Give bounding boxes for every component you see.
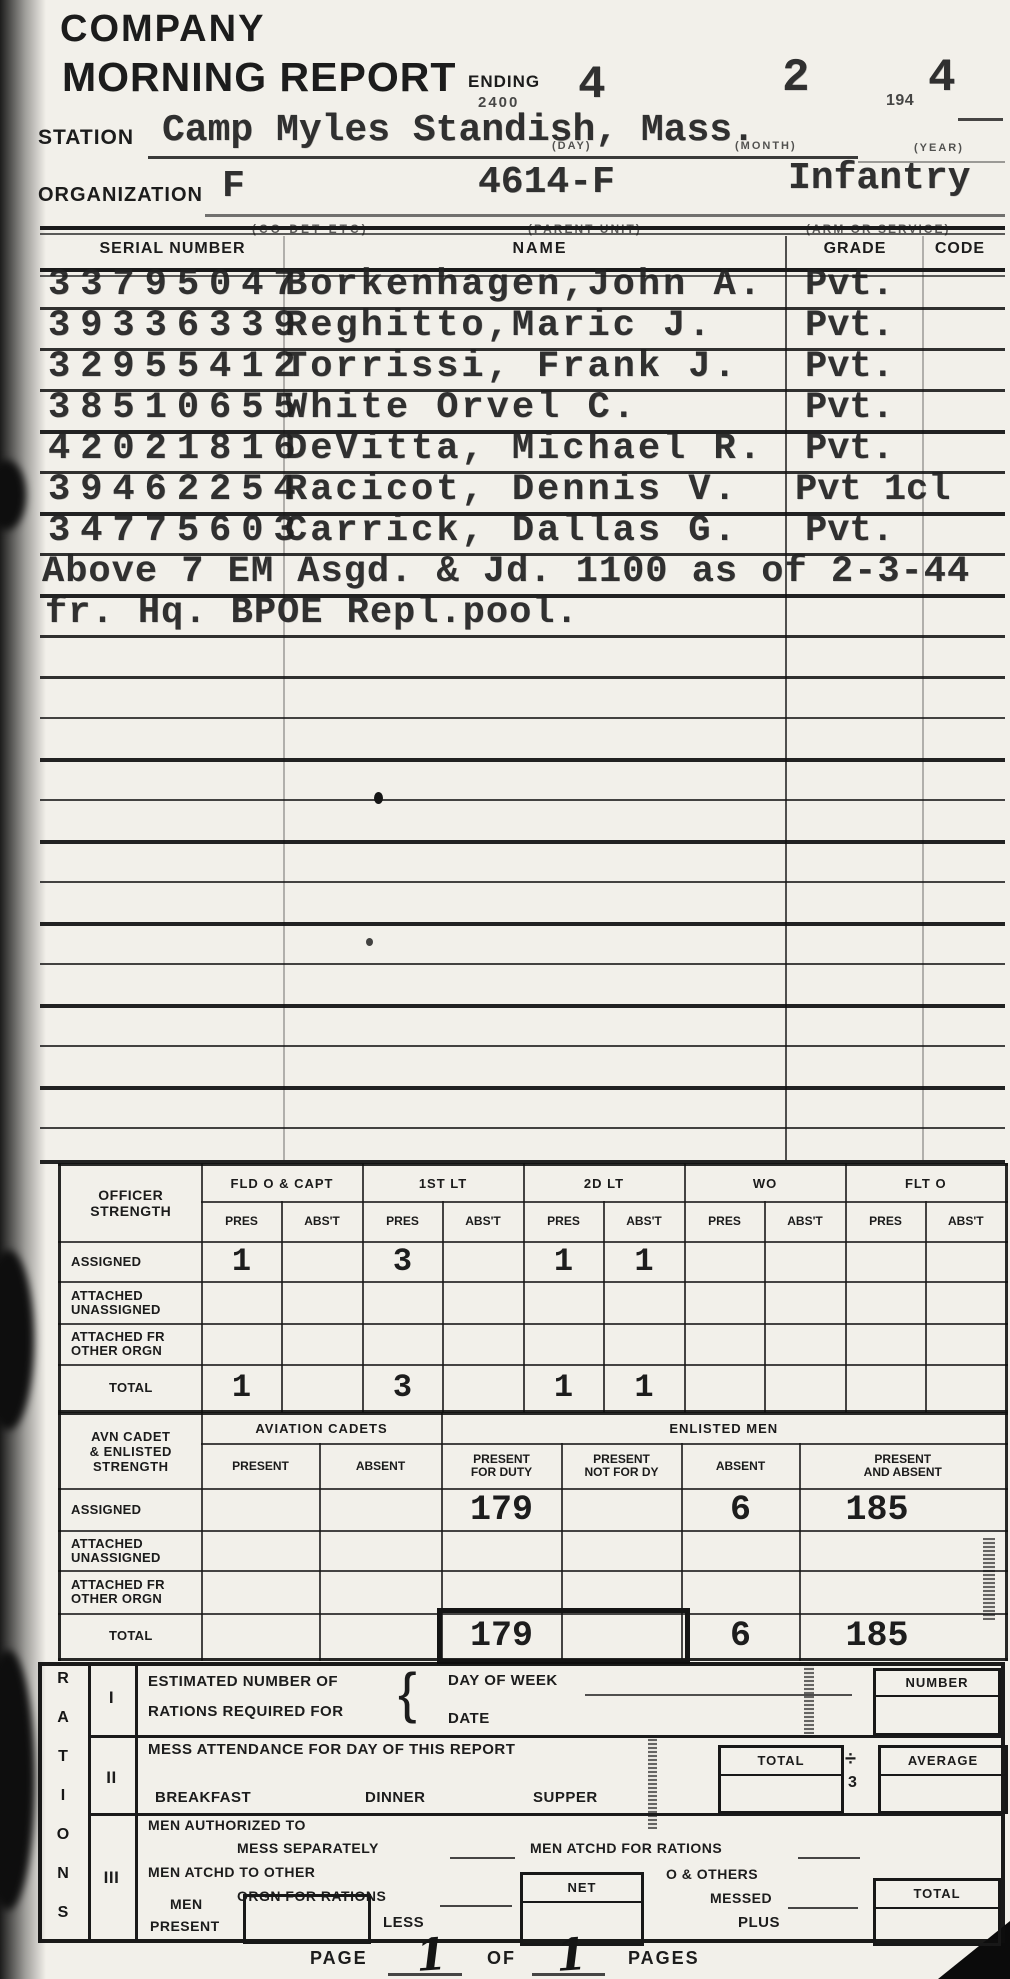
men-atchd-for-rations-label: MEN ATCHD FOR RATIONS bbox=[530, 1840, 722, 1856]
officer-count-cell bbox=[604, 1324, 685, 1365]
remark-line: Above 7 EM Asgd. & Jd. 1100 as of 2-3-44 bbox=[42, 554, 970, 591]
officer-count-cell bbox=[685, 1242, 765, 1282]
mess-total-box: TOTAL bbox=[718, 1745, 844, 1814]
roster-row: 39336339 Reghitto,Maric J. Pvt. bbox=[40, 307, 1005, 351]
rations-numeral-divider bbox=[135, 1662, 138, 1943]
officer-count-cell bbox=[765, 1242, 846, 1282]
officer-count-cell bbox=[685, 1282, 765, 1324]
empty-roster-row bbox=[40, 676, 1005, 719]
officer-count-cell bbox=[202, 1282, 282, 1324]
officer-total-cell bbox=[282, 1365, 363, 1412]
corner-label-line: OFFICER bbox=[61, 1187, 201, 1203]
row-label-attached-unassigned: ATTACHED UNASSIGNED bbox=[60, 1282, 202, 1324]
number-box-label: NUMBER bbox=[876, 1671, 998, 1697]
count-cell bbox=[562, 1531, 682, 1571]
men-authorized-line1: MEN AUTHORIZED TO bbox=[148, 1817, 306, 1833]
scan-streak bbox=[983, 1538, 995, 1620]
abst-header: ABS'T bbox=[604, 1202, 685, 1242]
pres-header: PRES bbox=[846, 1202, 926, 1242]
ink-dot bbox=[366, 938, 373, 946]
count-cell bbox=[320, 1571, 442, 1614]
serial-number: 38510655 bbox=[48, 390, 306, 427]
messed-label: MESSED bbox=[710, 1890, 772, 1906]
officer-count-cell bbox=[765, 1282, 846, 1324]
abst-header: ABS'T bbox=[765, 1202, 846, 1242]
rations-letter: O bbox=[57, 1826, 69, 1844]
average-box-label: AVERAGE bbox=[881, 1748, 1005, 1776]
pres-header: PRES bbox=[202, 1202, 282, 1242]
officer-count-cell bbox=[524, 1282, 604, 1324]
page-label: PAGE bbox=[310, 1948, 368, 1969]
date-label: DATE bbox=[448, 1710, 490, 1727]
total-cell: 185 bbox=[800, 1614, 1007, 1660]
row-label-assigned: ASSIGNED bbox=[60, 1489, 202, 1531]
officer-count-cell bbox=[926, 1282, 1007, 1324]
rations-vertical-label: R A T I O N S bbox=[38, 1670, 88, 1922]
officer-count-cell bbox=[363, 1324, 443, 1365]
station-rule bbox=[148, 156, 858, 159]
empty-roster-row bbox=[40, 758, 1005, 801]
officer-count-cell bbox=[846, 1324, 926, 1365]
officer-total-cell bbox=[685, 1365, 765, 1412]
rations-total-box-label: TOTAL bbox=[876, 1881, 998, 1909]
officer-strength-corner: OFFICER STRENGTH bbox=[60, 1165, 202, 1242]
officer-total-cell: 3 bbox=[363, 1365, 443, 1412]
o-and-others-label: O & OTHERS bbox=[666, 1866, 758, 1882]
grade-value: Pvt. bbox=[805, 513, 894, 550]
total-cell bbox=[202, 1614, 320, 1660]
row-label-line: OTHER ORGN bbox=[71, 1344, 201, 1358]
of-label: OF bbox=[487, 1948, 516, 1969]
grade-header: GRADE bbox=[800, 240, 910, 258]
count-cell: 185 bbox=[800, 1489, 1007, 1531]
corner-label-line: AVN CADET bbox=[61, 1429, 201, 1444]
group-header: FLT O bbox=[846, 1165, 1007, 1202]
serial-number: 39336339 bbox=[48, 308, 306, 345]
scan-streak bbox=[804, 1664, 814, 1734]
pages-label: PAGES bbox=[628, 1948, 700, 1969]
officer-total-cell bbox=[443, 1365, 524, 1412]
count-cell bbox=[442, 1531, 562, 1571]
col-header-present-and-absent: PRESENT AND ABSENT bbox=[800, 1444, 1007, 1489]
fill-line bbox=[450, 1857, 515, 1859]
count-cell bbox=[562, 1489, 682, 1531]
row-label-line: UNASSIGNED bbox=[71, 1303, 201, 1317]
col-header-present-not-for-duty: PRESENT NOT FOR DY bbox=[562, 1444, 682, 1489]
corner-label-line: STRENGTH bbox=[61, 1459, 201, 1474]
officer-count-cell bbox=[443, 1242, 524, 1282]
row-label-attached-fr-other: ATTACHED FR OTHER ORGN bbox=[60, 1571, 202, 1614]
row-label-line: ATTACHED FR bbox=[71, 1330, 201, 1344]
empty-roster-row bbox=[40, 881, 1005, 926]
men-present-line1: MEN bbox=[170, 1896, 203, 1912]
empty-roster-row bbox=[40, 635, 1005, 679]
pres-header: PRES bbox=[685, 1202, 765, 1242]
serial-number: 33795047 bbox=[48, 267, 306, 304]
col-header-line: NOT FOR DY bbox=[563, 1466, 681, 1479]
less-label: LESS bbox=[383, 1914, 424, 1931]
name-header: NAME bbox=[300, 240, 780, 258]
brace-glyph: { bbox=[398, 1660, 417, 1725]
row-label-line: ATTACHED bbox=[71, 1289, 201, 1303]
count-cell bbox=[800, 1571, 1007, 1614]
total-cell: 6 bbox=[682, 1614, 800, 1660]
empty-roster-row bbox=[40, 922, 1005, 965]
morning-report-scan: COMPANY MORNING REPORT ENDING 2400 4 (DA… bbox=[0, 0, 1010, 1979]
soldier-name: Reghitto,Maric J. bbox=[285, 308, 713, 345]
enlisted-strength-corner: AVN CADET & ENLISTED STRENGTH bbox=[60, 1414, 202, 1489]
group-header: 1ST LT bbox=[363, 1165, 524, 1202]
count-cell bbox=[202, 1531, 320, 1571]
group-header: 2D LT bbox=[524, 1165, 685, 1202]
supper-label: SUPPER bbox=[533, 1789, 598, 1806]
remark-line: fr. Hq. BPOE Repl.pool. bbox=[45, 595, 579, 632]
rations-numeral-1: I bbox=[88, 1688, 135, 1708]
count-cell bbox=[682, 1531, 800, 1571]
pres-header: PRES bbox=[524, 1202, 604, 1242]
officer-strength-table: OFFICER STRENGTH FLD O & CAPT 1ST LT 2D … bbox=[58, 1163, 1008, 1413]
corner-label-line: & ENLISTED bbox=[61, 1444, 201, 1459]
rations-letter: N bbox=[57, 1865, 69, 1883]
men-atchd-other-line1: MEN ATCHD TO OTHER bbox=[148, 1864, 315, 1880]
estimated-rations-line1: ESTIMATED NUMBER OF bbox=[148, 1673, 338, 1690]
officer-count-cell bbox=[282, 1242, 363, 1282]
empty-roster-row bbox=[40, 840, 1005, 883]
officer-count-cell bbox=[926, 1242, 1007, 1282]
rations-row-divider bbox=[88, 1735, 1005, 1738]
officer-count-cell bbox=[202, 1324, 282, 1365]
rations-row-divider bbox=[88, 1813, 1005, 1816]
soldier-name: Torrissi, Frank J. bbox=[285, 349, 739, 386]
serial-number: 34775603 bbox=[48, 513, 306, 550]
station-label: STATION bbox=[38, 126, 134, 150]
count-cell: 6 bbox=[682, 1489, 800, 1531]
empty-roster-row bbox=[40, 1004, 1005, 1047]
average-box: AVERAGE bbox=[878, 1745, 1008, 1814]
men-present-box bbox=[243, 1894, 371, 1944]
enlisted-men-group-header: ENLISTED MEN bbox=[442, 1414, 1007, 1444]
soldier-name: Borkenhagen,John A. bbox=[285, 267, 764, 304]
count-cell bbox=[320, 1531, 442, 1571]
rations-letter: R bbox=[57, 1670, 69, 1688]
officer-count-cell bbox=[926, 1324, 1007, 1365]
row-label-total: TOTAL bbox=[60, 1365, 202, 1412]
serial-number-header: SERIAL NUMBER bbox=[60, 240, 285, 258]
fill-line bbox=[788, 1907, 858, 1909]
empty-roster-row bbox=[40, 799, 1005, 844]
plus-label: PLUS bbox=[738, 1914, 780, 1931]
soldier-name: White Orvel C. bbox=[285, 390, 638, 427]
code-header: CODE bbox=[915, 240, 1005, 258]
empty-roster-row bbox=[40, 963, 1005, 1008]
count-cell bbox=[800, 1531, 1007, 1571]
officer-count-cell: 1 bbox=[604, 1242, 685, 1282]
grade-value: Pvt. bbox=[805, 308, 894, 345]
soldier-name: Carrick, Dallas G. bbox=[285, 513, 739, 550]
report-day-value: 4 bbox=[578, 62, 606, 108]
serial-number: 39462254 bbox=[48, 472, 306, 509]
officer-count-cell bbox=[685, 1324, 765, 1365]
rations-letter: I bbox=[61, 1787, 65, 1805]
grade-value: Pvt. bbox=[805, 267, 894, 304]
rations-numeral-3: III bbox=[88, 1868, 135, 1888]
empty-roster-row bbox=[40, 717, 1005, 762]
officer-total-cell bbox=[926, 1365, 1007, 1412]
fill-line bbox=[440, 1905, 512, 1907]
estimated-rations-line2: RATIONS REQUIRED FOR bbox=[148, 1703, 344, 1720]
officer-count-cell: 1 bbox=[524, 1242, 604, 1282]
roster-top-rule-thin bbox=[40, 233, 1005, 235]
abst-header: ABS'T bbox=[443, 1202, 524, 1242]
organization-label: ORGANIZATION bbox=[38, 184, 203, 207]
officer-count-cell bbox=[282, 1324, 363, 1365]
officer-count-cell bbox=[846, 1282, 926, 1324]
col-header-present-for-duty: PRESENT FOR DUTY bbox=[442, 1444, 562, 1489]
mess-total-box-label: TOTAL bbox=[721, 1748, 841, 1776]
col-header-absent: ABSENT bbox=[320, 1444, 442, 1489]
officer-count-cell bbox=[846, 1242, 926, 1282]
dinner-label: DINNER bbox=[365, 1789, 426, 1806]
abst-header: ABS'T bbox=[282, 1202, 363, 1242]
officer-total-cell: 1 bbox=[604, 1365, 685, 1412]
empty-roster-row bbox=[40, 1045, 1005, 1090]
day-of-week-label: DAY OF WEEK bbox=[448, 1672, 558, 1689]
mess-separately-label: MESS SEPARATELY bbox=[237, 1840, 379, 1856]
pres-header: PRES bbox=[363, 1202, 443, 1242]
organization-value: F bbox=[222, 168, 245, 206]
divide-by-three: 3 bbox=[848, 1774, 857, 1792]
rations-numeral-2: II bbox=[88, 1768, 135, 1788]
pen-box-annotation bbox=[437, 1608, 690, 1664]
serial-number: 32955412 bbox=[48, 349, 306, 386]
group-header: WO bbox=[685, 1165, 846, 1202]
roster-row: 32955412 Torrissi, Frank J. Pvt. bbox=[40, 348, 1005, 392]
row-label-line: ATTACHED FR bbox=[71, 1578, 201, 1592]
year-dash-rule bbox=[958, 118, 1003, 121]
officer-count-cell: 3 bbox=[363, 1242, 443, 1282]
ending-label: ENDING bbox=[468, 72, 540, 92]
rations-letter: T bbox=[58, 1748, 68, 1766]
pages-number-handwritten: 1 bbox=[554, 1929, 588, 1979]
roster-note-row: fr. Hq. BPOE Repl.pool. bbox=[40, 594, 1005, 638]
year-prefix: 194 bbox=[886, 92, 914, 110]
divide-sign: ÷ bbox=[845, 1748, 856, 1771]
grade-value: Pvt. bbox=[805, 390, 894, 427]
count-cell bbox=[320, 1489, 442, 1531]
rations-letter: A bbox=[57, 1709, 69, 1727]
parent-unit-value: 4614-F bbox=[478, 164, 615, 202]
rations-total-box: TOTAL bbox=[873, 1878, 1001, 1946]
col-header-absent: ABSENT bbox=[682, 1444, 800, 1489]
form-title-line1: COMPANY bbox=[60, 8, 265, 51]
fill-line bbox=[798, 1857, 860, 1859]
form-title-line2: MORNING REPORT bbox=[62, 54, 456, 101]
year-label: (YEAR) bbox=[914, 142, 964, 154]
breakfast-label: BREAKFAST bbox=[155, 1789, 251, 1806]
officer-total-cell bbox=[846, 1365, 926, 1412]
row-label-attached-unassigned: ATTACHED UNASSIGNED bbox=[60, 1531, 202, 1571]
officer-total-cell: 1 bbox=[524, 1365, 604, 1412]
officer-count-cell bbox=[604, 1282, 685, 1324]
number-box: NUMBER bbox=[873, 1668, 1001, 1736]
officer-count-cell bbox=[765, 1324, 846, 1365]
mess-attendance-title: MESS ATTENDANCE FOR DAY OF THIS REPORT bbox=[148, 1741, 515, 1758]
arm-service-value: Infantry bbox=[788, 160, 970, 198]
officer-count-cell bbox=[363, 1282, 443, 1324]
row-label-line: OTHER ORGN bbox=[71, 1592, 201, 1606]
rations-letter: S bbox=[58, 1904, 69, 1922]
station-value: Camp Myles Standish, Mass. bbox=[162, 112, 755, 150]
corner-label-line: STRENGTH bbox=[61, 1203, 201, 1219]
soldier-name: Racicot, Dennis V. bbox=[285, 472, 739, 509]
grade-value: Pvt. bbox=[805, 349, 894, 386]
officer-count-cell bbox=[443, 1324, 524, 1365]
officer-count-cell bbox=[443, 1282, 524, 1324]
officer-count-cell bbox=[282, 1282, 363, 1324]
officer-count-cell: 1 bbox=[202, 1242, 282, 1282]
ink-dot bbox=[374, 792, 383, 804]
row-label-line: ATTACHED bbox=[71, 1537, 201, 1551]
col-header-line: AND ABSENT bbox=[801, 1466, 1006, 1479]
count-cell: 179 bbox=[442, 1489, 562, 1531]
officer-count-cell bbox=[524, 1324, 604, 1365]
aviation-cadets-group-header: AVIATION CADETS bbox=[202, 1414, 442, 1444]
page-number-handwritten: 1 bbox=[414, 1929, 448, 1979]
empty-roster-row bbox=[40, 1086, 1005, 1129]
serial-number: 42021816 bbox=[48, 431, 306, 468]
officer-total-cell: 1 bbox=[202, 1365, 282, 1412]
row-label-attached-fr-other: ATTACHED FR OTHER ORGN bbox=[60, 1324, 202, 1365]
organization-rule bbox=[205, 214, 1005, 217]
soldier-name: DeVitta, Michael R. bbox=[285, 431, 764, 468]
row-label-assigned: ASSIGNED bbox=[60, 1242, 202, 1282]
count-cell bbox=[202, 1571, 320, 1614]
group-header: FLD O & CAPT bbox=[202, 1165, 363, 1202]
roster-row: 34775603 Carrick, Dallas G. Pvt. bbox=[40, 512, 1005, 556]
roster-row: 42021816 DeVitta, Michael R. Pvt. bbox=[40, 430, 1005, 474]
empty-roster-row bbox=[40, 1127, 1005, 1164]
col-header-line: FOR DUTY bbox=[443, 1466, 561, 1479]
col-header-present: PRESENT bbox=[202, 1444, 320, 1489]
grade-value: Pvt. bbox=[805, 431, 894, 468]
grade-value: Pvt 1cl bbox=[795, 472, 950, 509]
total-cell bbox=[320, 1614, 442, 1660]
count-cell bbox=[682, 1571, 800, 1614]
men-present-line2: PRESENT bbox=[150, 1918, 220, 1934]
report-month-value: 2 bbox=[782, 55, 810, 101]
abst-header: ABS'T bbox=[926, 1202, 1007, 1242]
officer-total-cell bbox=[765, 1365, 846, 1412]
row-label-total: TOTAL bbox=[60, 1614, 202, 1660]
report-year-value: 4 bbox=[928, 55, 956, 101]
net-box-label: NET bbox=[523, 1875, 641, 1903]
scan-streak bbox=[648, 1737, 657, 1829]
row-label-line: UNASSIGNED bbox=[71, 1551, 201, 1565]
roster-top-rule bbox=[40, 226, 1005, 230]
count-cell bbox=[202, 1489, 320, 1531]
